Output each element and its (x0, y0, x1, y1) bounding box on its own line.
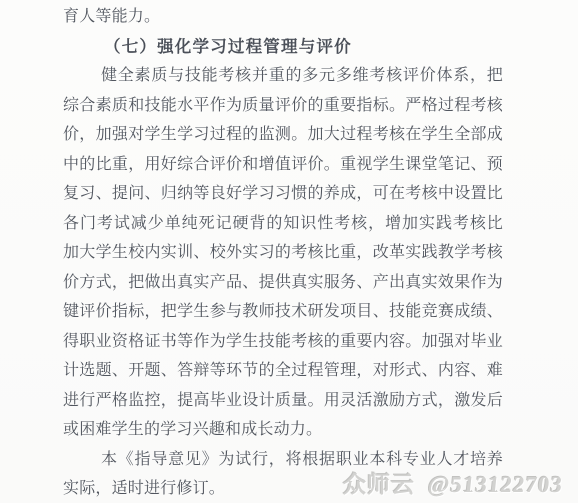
watermark: 众师云 @513122703 (343, 466, 563, 499)
text-line: 各门考试减少单纯死记硬背的知识性考核，增加实践考核比重。 (63, 209, 503, 239)
text-line: 健全素质与技能考核并重的多元多维考核评价体系，把学生 (63, 61, 503, 91)
section-heading: （七）强化学习过程管理与评价 (63, 32, 503, 62)
text-line: 或困难学生的学习兴趣和成长动力。 (63, 415, 503, 445)
text-line: 育人等能力。 (63, 2, 503, 32)
text-line: 价，加强对学生学习过程的监测。加大过程考核在学生全部成绩 (63, 120, 503, 150)
watermark-brand: 众师云 (343, 472, 415, 497)
text-line: 进行严格监控，提高毕业设计质量。用灵活激励方式，激发后进 (63, 386, 503, 416)
text-line: 计选题、开题、答辩等环节的全过程管理，对形式、内容、难度 (63, 356, 503, 386)
text-line: 加大学生校内实训、校外实习的考核比重，改革实践教学考核评 (63, 238, 503, 268)
text-line: 价方式，把做出真实产品、提供真实服务、产出真实效果作为关 (63, 268, 503, 298)
text-line: 键评价指标，把学生参与教师技术研发项目、技能竞赛成绩、获 (63, 297, 503, 327)
document-text-block: 育人等能力。 （七）强化学习过程管理与评价 健全素质与技能考核并重的多元多维考核… (63, 2, 503, 503)
text-line: 中的比重，用好综合评价和增值评价。重视学生课堂笔记、预习、 (63, 150, 503, 180)
text-line: 得职业资格证书等作为学生技能考核的重要内容。加强对毕业设 (63, 327, 503, 357)
text-line: 综合素质和技能水平作为质量评价的重要指标。严格过程考核评 (63, 91, 503, 121)
document-page: 育人等能力。 （七）强化学习过程管理与评价 健全素质与技能考核并重的多元多维考核… (0, 0, 578, 503)
watermark-user-id: @513122703 (426, 472, 564, 498)
text-line: 复习、提问、归纳等良好学习习惯的养成，可在考核中设置比重。 (63, 179, 503, 209)
